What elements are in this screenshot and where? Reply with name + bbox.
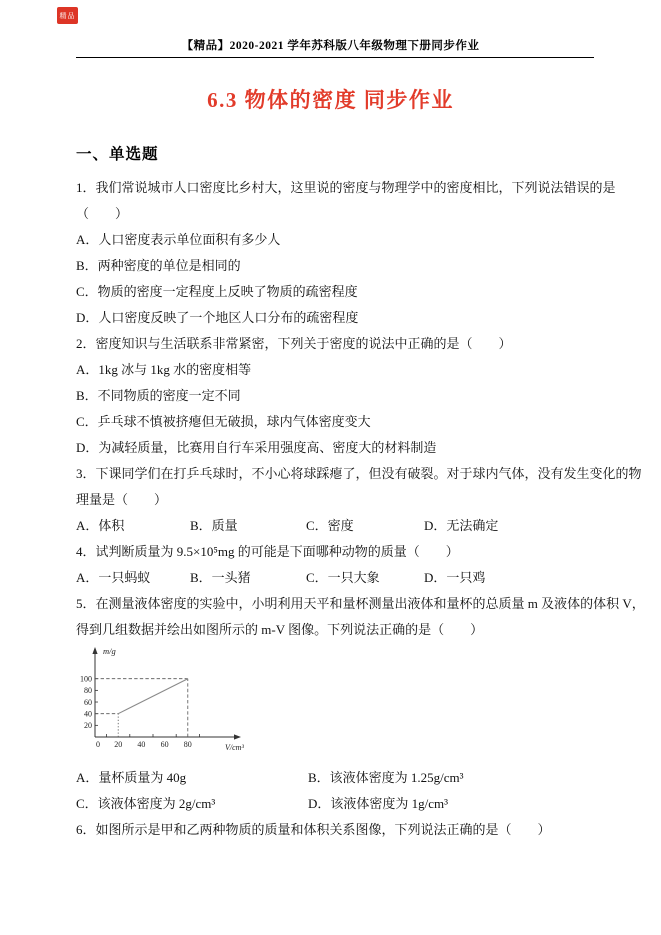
svg-text:20: 20	[114, 740, 122, 749]
text-line: C．物质的密度一定程度上反映了物质的疏密程度	[76, 277, 596, 303]
text-line: 5．在测量液体密度的实验中，小明利用天平和量杯测量出液体和量杯的总质量 m 及液…	[76, 589, 596, 615]
worksheet-page: 精品 【精品】2020-2021 学年苏科版八年级物理下册同步作业 6.3 物体…	[0, 0, 661, 935]
options-row: C．该液体密度为 2g/cm³D．该液体密度为 1g/cm³	[76, 789, 596, 815]
text-line: 1．我们常说城市人口密度比乡村大，这里说的密度与物理学中的密度相比，下列说法错误…	[76, 173, 596, 199]
text-line: 6．如图所示是甲和乙两种物质的质量和体积关系图像，下列说法正确的是（ ）	[76, 815, 596, 841]
mv-graph: m/gV/cm³20406080100020406080	[76, 641, 261, 763]
text-line: 4．试判断质量为 9.5×10⁵mg 的可能是下面哪种动物的质量（ ）	[76, 537, 596, 563]
text-line: A．人口密度表示单位面积有多少人	[76, 225, 596, 251]
svg-text:20: 20	[84, 721, 92, 730]
option-cell: A．体积	[76, 515, 190, 534]
option-cell: D．一只鸡	[424, 567, 485, 586]
section-heading: 一、单选题	[76, 142, 159, 164]
svg-text:60: 60	[161, 740, 169, 749]
svg-text:80: 80	[184, 740, 192, 749]
svg-text:60: 60	[84, 698, 92, 707]
text-line: A．1kg 冰与 1kg 水的密度相等	[76, 355, 596, 381]
svg-text:m/g: m/g	[103, 646, 116, 656]
option-cell: B．质量	[190, 515, 306, 534]
option-cell: C．一只大象	[306, 567, 424, 586]
option-cell: D．该液体密度为 1g/cm³	[308, 793, 448, 812]
questions-content: 1．我们常说城市人口密度比乡村大，这里说的密度与物理学中的密度相比，下列说法错误…	[76, 173, 596, 841]
text-line: 得到几组数据并绘出如图所示的 m-V 图像。下列说法正确的是（ ）	[76, 615, 596, 641]
page-title: 6.3 物体的密度 同步作业	[0, 84, 661, 114]
option-cell: A．一只蚂蚁	[76, 567, 190, 586]
text-line: 3．下课同学们在打乒乓球时，不小心将球踩瘪了，但没有破裂。对于球内气体，没有发生…	[76, 459, 596, 485]
text-line: D．为减轻质量，比赛用自行车采用强度高、密度大的材料制造	[76, 433, 596, 459]
document-header: 【精品】2020-2021 学年苏科版八年级物理下册同步作业	[0, 37, 661, 53]
svg-text:100: 100	[80, 675, 92, 684]
options-row: A．体积B．质量C．密度D．无法确定	[76, 511, 596, 537]
option-cell: B．一头猪	[190, 567, 306, 586]
options-row: A．一只蚂蚁B．一头猪C．一只大象D．一只鸡	[76, 563, 596, 589]
text-line: B．两种密度的单位是相同的	[76, 251, 596, 277]
svg-text:V/cm³: V/cm³	[225, 743, 244, 752]
option-cell: D．无法确定	[424, 515, 498, 534]
premium-badge: 精品	[57, 7, 78, 24]
option-cell: A．量杯质量为 40g	[76, 767, 308, 786]
header-divider	[76, 57, 594, 58]
svg-text:40: 40	[84, 709, 92, 718]
svg-text:0: 0	[96, 740, 100, 749]
svg-text:40: 40	[137, 740, 145, 749]
option-cell: C．密度	[306, 515, 424, 534]
text-line: 2．密度知识与生活联系非常紧密，下列关于密度的说法中正确的是（ ）	[76, 329, 596, 355]
chart-figure: m/gV/cm³20406080100020406080	[76, 641, 596, 763]
text-line: B．不同物质的密度一定不同	[76, 381, 596, 407]
options-row: A．量杯质量为 40gB．该液体密度为 1.25g/cm³	[76, 763, 596, 789]
text-line: 理量是（ ）	[76, 485, 596, 511]
svg-text:80: 80	[84, 686, 92, 695]
text-line: （ ）	[76, 199, 596, 225]
option-cell: B．该液体密度为 1.25g/cm³	[308, 767, 464, 786]
option-cell: C．该液体密度为 2g/cm³	[76, 793, 308, 812]
text-line: D．人口密度反映了一个地区人口分布的疏密程度	[76, 303, 596, 329]
text-line: C．乒乓球不慎被挤瘪但无破损，球内气体密度变大	[76, 407, 596, 433]
